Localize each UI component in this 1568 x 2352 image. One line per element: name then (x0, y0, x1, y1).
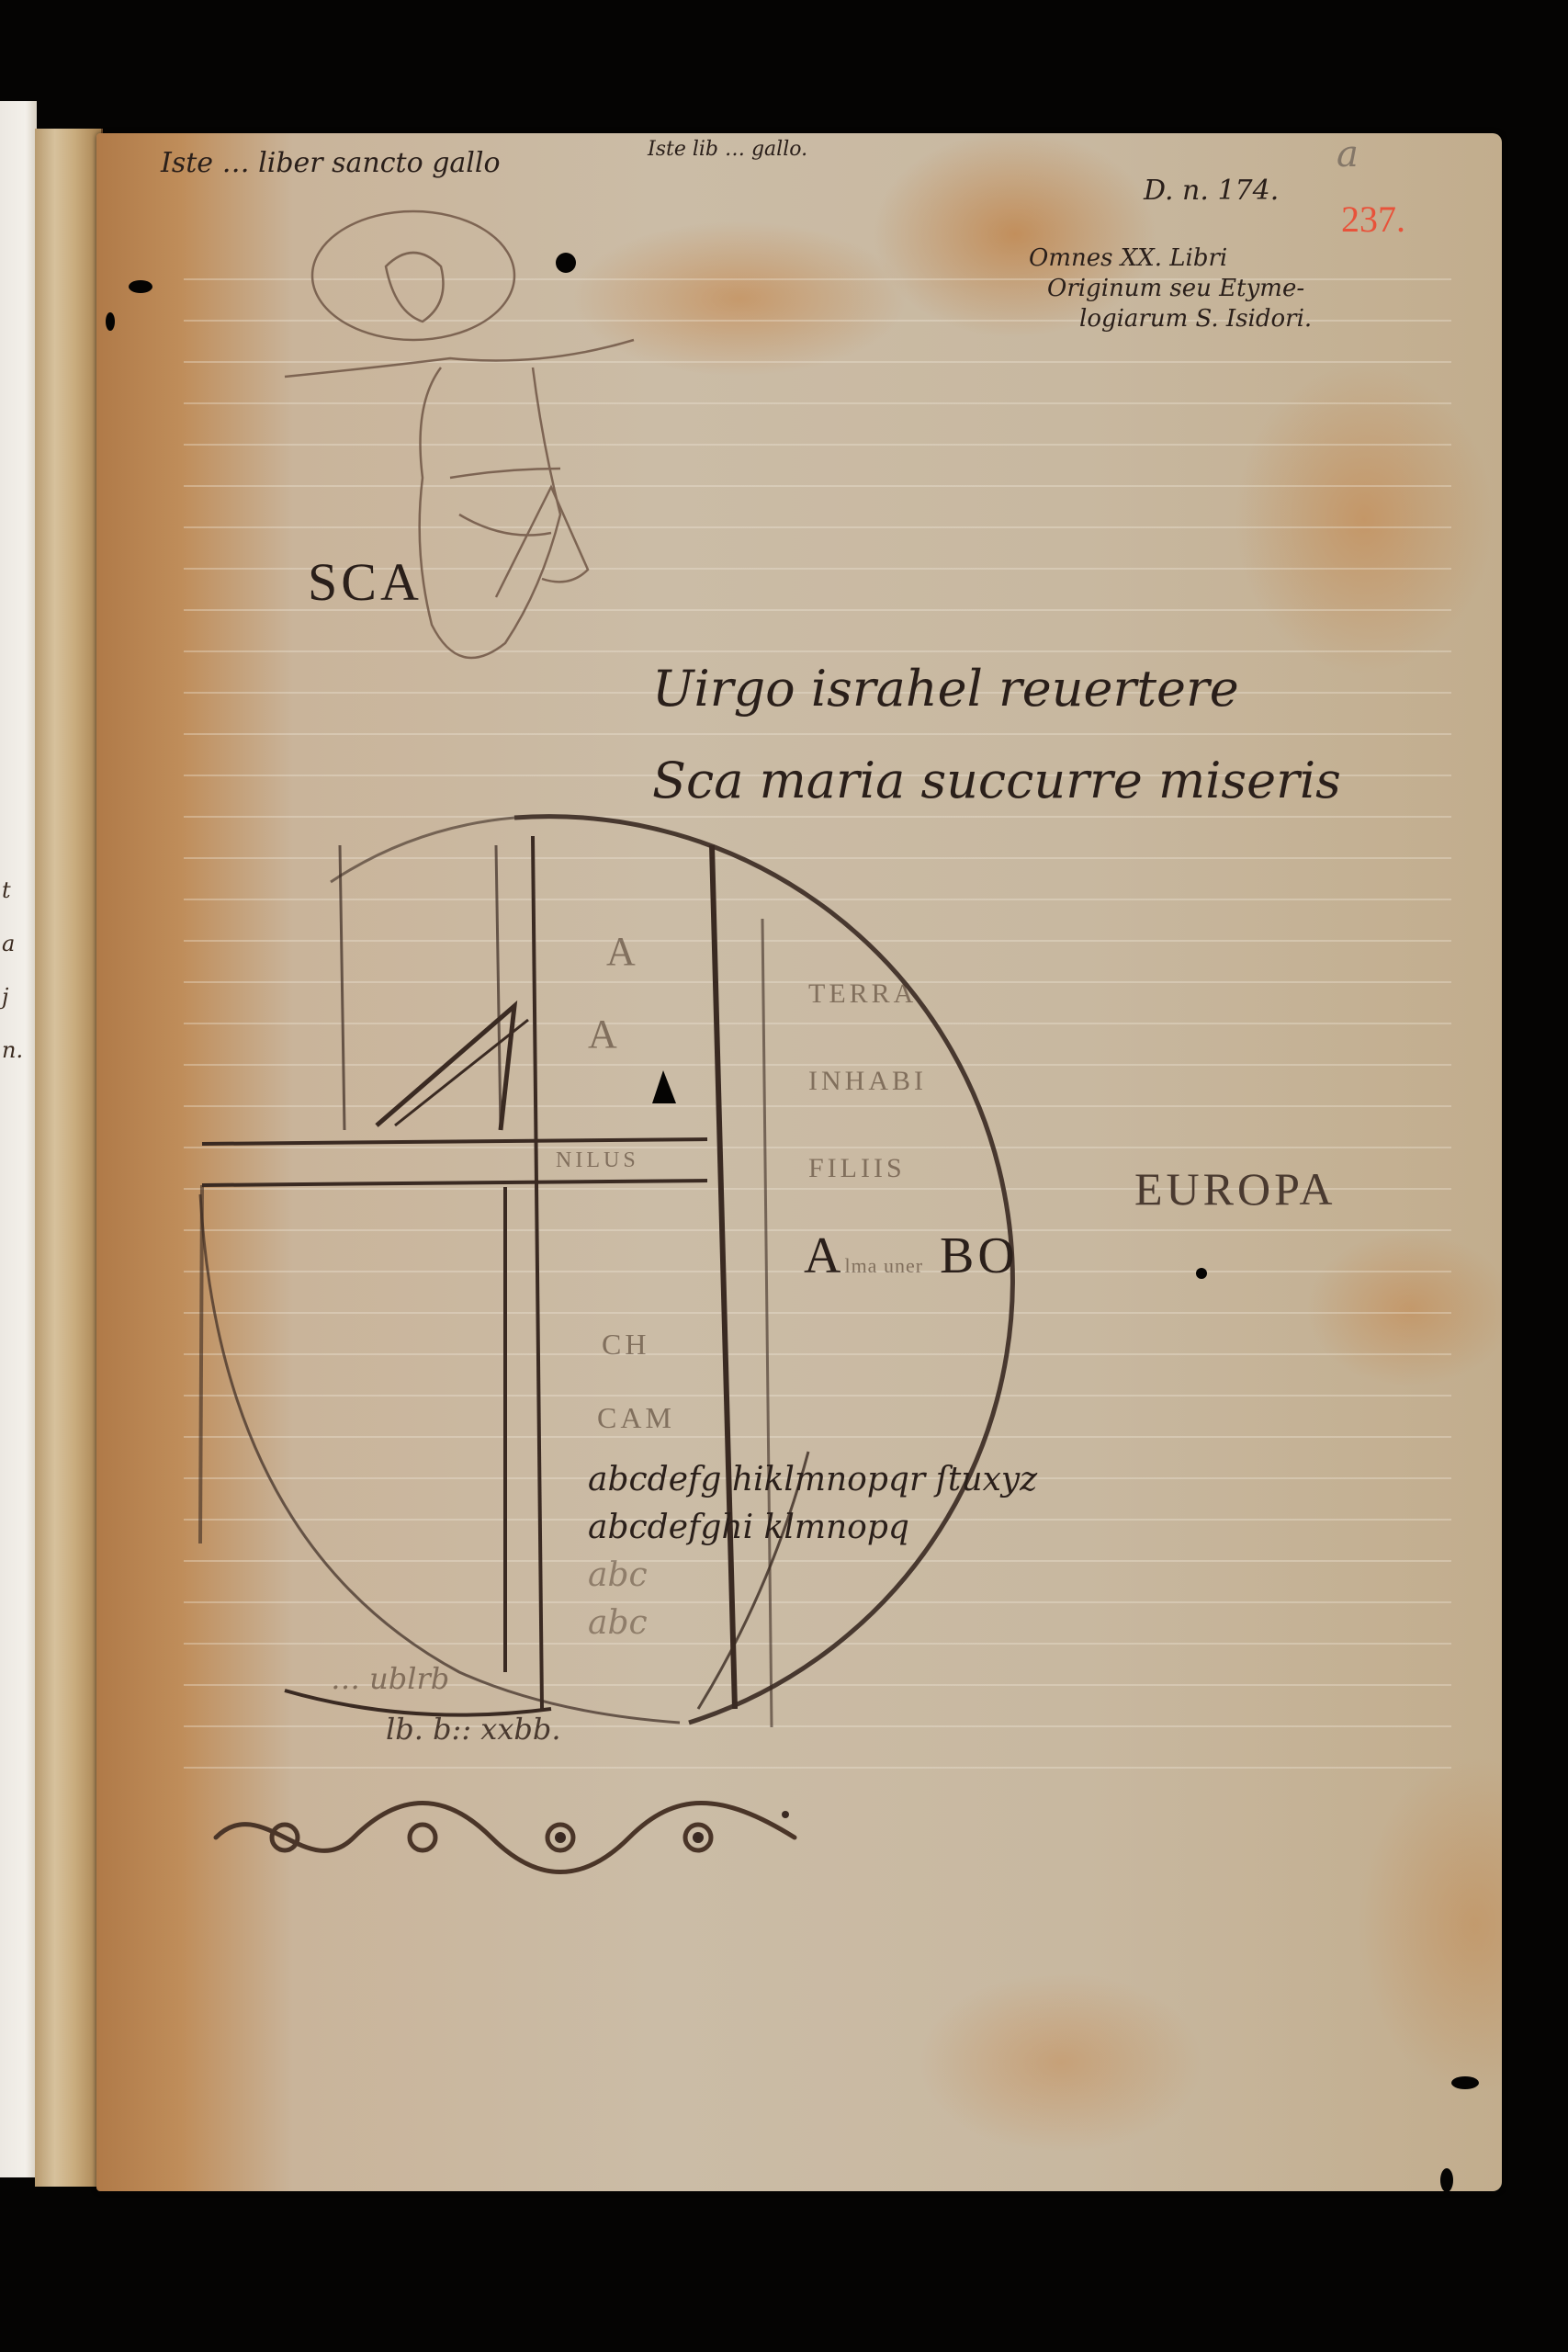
map-label-bo-line: Alma uner BO (804, 1227, 1019, 1285)
map-label-filiis: FILIIS (808, 1153, 906, 1184)
pen-trial-line: … ublrb (294, 1654, 561, 1704)
map-label-a: A (804, 1227, 844, 1284)
alphabet-line: abcdefghi klmnopq (588, 1504, 1037, 1552)
pencil-mark: a (1337, 133, 1359, 175)
map-label-ch: CH (602, 1328, 649, 1362)
alphabet-line: abc (588, 1600, 1037, 1647)
content-note-line: Originum seu Etyme- (1029, 274, 1312, 304)
alphabet-line: abc (588, 1552, 1037, 1600)
map-label-cam: CAM (597, 1401, 675, 1435)
flyleaf-note: n. (2, 1023, 35, 1077)
incipit-text: Uirgo israhel reuertere Sca maria succur… (652, 643, 1341, 827)
map-label-inhabi: INHABI (808, 1066, 927, 1097)
alphabet-line: abcdefg hiklmnopqr ſtuxyz (588, 1456, 1037, 1504)
map-label-europa: EUROPA (1134, 1162, 1336, 1216)
binding-spine (35, 129, 103, 2187)
incipit-line-1: Uirgo israhel reuertere (652, 643, 1341, 735)
content-note-line: Omnes XX. Libri (1029, 243, 1312, 274)
content-note: Omnes XX. Libri Originum seu Etyme- logi… (1029, 243, 1312, 334)
sca-heading: SCA (308, 551, 423, 613)
flyleaf-note: t (2, 864, 35, 917)
alphabet-exercise: abcdefg hiklmnopqr ſtuxyz abcdefghi klmn… (588, 1456, 1037, 1647)
shelfmark: D. n. 174. (1144, 175, 1279, 207)
scroll-ornament (207, 1796, 804, 1879)
pen-trials: … ublrb lb. b:: xxbb. (294, 1654, 561, 1755)
content-note-line: logiarum S. Isidori. (1029, 304, 1312, 334)
parchment-hole (129, 280, 152, 293)
map-label-terra: TERRA (808, 978, 917, 1010)
map-label-sub: lma uner (844, 1254, 923, 1277)
parchment-hole (1451, 2076, 1479, 2089)
parchment-hole (106, 312, 115, 331)
map-label-bo: BO (940, 1227, 1019, 1284)
parchment-hole (1440, 2168, 1453, 2192)
map-letter-a-top: A (606, 928, 639, 975)
folio-number: 237. (1341, 198, 1405, 241)
flyleaf (0, 101, 37, 2177)
ownership-note-left: Iste … liber sancto gallo (161, 147, 501, 179)
flyleaf-notes: t a j n. (2, 864, 35, 1077)
parchment-hole (1196, 1268, 1207, 1279)
pen-trial-line: lb. b:: xxbb. (294, 1704, 561, 1755)
flyleaf-note: a (2, 917, 35, 970)
ownership-note-middle: Iste lib … gallo. (648, 138, 807, 161)
map-label-nilus: NILUS (556, 1148, 639, 1173)
map-letter-a-upper: A (588, 1011, 621, 1057)
figure-drawing (266, 202, 680, 717)
flyleaf-note: j (2, 970, 35, 1023)
